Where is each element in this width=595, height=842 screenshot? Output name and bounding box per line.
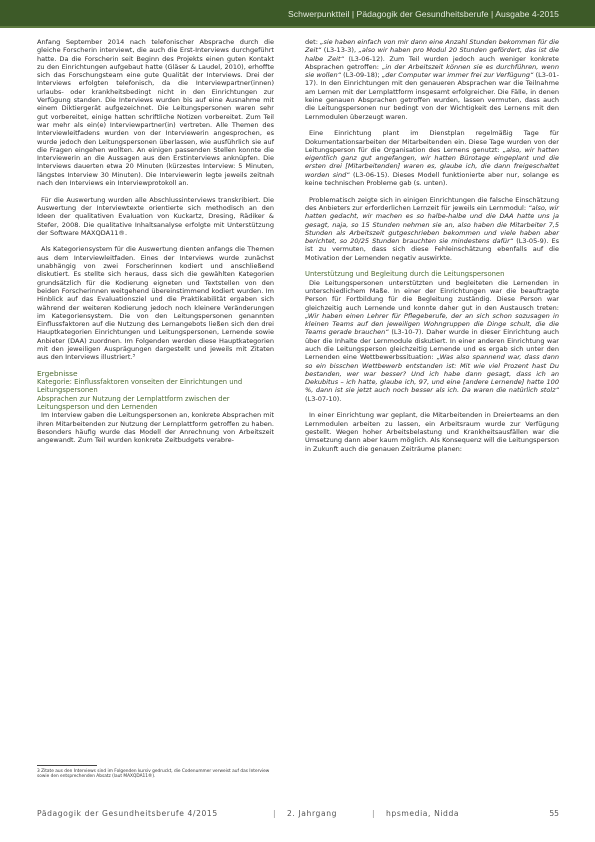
running-title: Schwerpunktteil | Pädagogik der Gesundhe…: [288, 9, 559, 19]
publisher: hpsmedia, Nidda: [386, 809, 459, 818]
text-run: Die Leitungspersonen unterstützten und b…: [305, 279, 559, 312]
text-run: Problematisch zeigte sich in einigen Ein…: [305, 196, 559, 212]
left-column: Anfang September 2014 nach telefonischer…: [37, 38, 274, 453]
citation-code: (L3-07-10).: [305, 395, 341, 403]
footnote: 3 Zitate aus den Interviews sind im Folg…: [37, 769, 277, 780]
text-run: (L3-01-17). In den Einrichtungen mit den…: [305, 71, 559, 120]
topic-subheading: Unterstützung und Begleitung durch die L…: [305, 270, 559, 278]
interview-quote: „der Computer war immer frei zur Verfügu…: [382, 71, 534, 79]
page-number: 55: [549, 809, 559, 818]
volume: 2. Jahrgang: [287, 809, 337, 818]
paragraph: Für die Auswertung wurden alle Abschluss…: [37, 196, 274, 237]
journal-name: Pädagogik der Gesundheitsberufe 4/2015: [37, 809, 218, 818]
citation-code: (L3-09-18);: [341, 71, 382, 79]
paragraph: det: „sie haben einfach von mir dann ein…: [305, 38, 559, 121]
category-subheading: Kategorie: Einflussfaktoren vonseiten de…: [37, 378, 274, 395]
paragraph: Eine Einrichtung plant im Dienstplan reg…: [305, 129, 559, 187]
paragraph: Die Leitungspersonen unterstützten und b…: [305, 279, 559, 403]
paragraph: Im Interview gaben die Leitungspersonen …: [37, 411, 274, 444]
citation-code: (L3-13-3),: [321, 46, 358, 54]
footer-separator: |: [273, 809, 276, 818]
footer-separator: |: [372, 809, 375, 818]
footnote-divider: [37, 765, 97, 766]
results-heading-block: Ergebnisse Kategorie: Einflussfaktoren v…: [37, 370, 274, 411]
topic-subheading: Absprachen zur Nutzung der Lernplattform…: [37, 395, 274, 412]
paragraph: Problematisch zeigte sich in einigen Ein…: [305, 196, 559, 262]
paragraph: Anfang September 2014 nach telefonischer…: [37, 38, 274, 187]
section-heading: Ergebnisse: [37, 370, 274, 378]
right-column: det: „sie haben einfach von mir dann ein…: [305, 38, 559, 461]
paragraph: Als Kategoriensystem für die Auswertung …: [37, 245, 274, 361]
running-header: Schwerpunktteil | Pädagogik der Gesundhe…: [0, 0, 595, 28]
page-footer: Pädagogik der Gesundheitsberufe 4/2015 |…: [37, 809, 559, 821]
text-run: det:: [305, 38, 320, 46]
paragraph: In einer Einrichtung war geplant, die Mi…: [305, 411, 559, 452]
